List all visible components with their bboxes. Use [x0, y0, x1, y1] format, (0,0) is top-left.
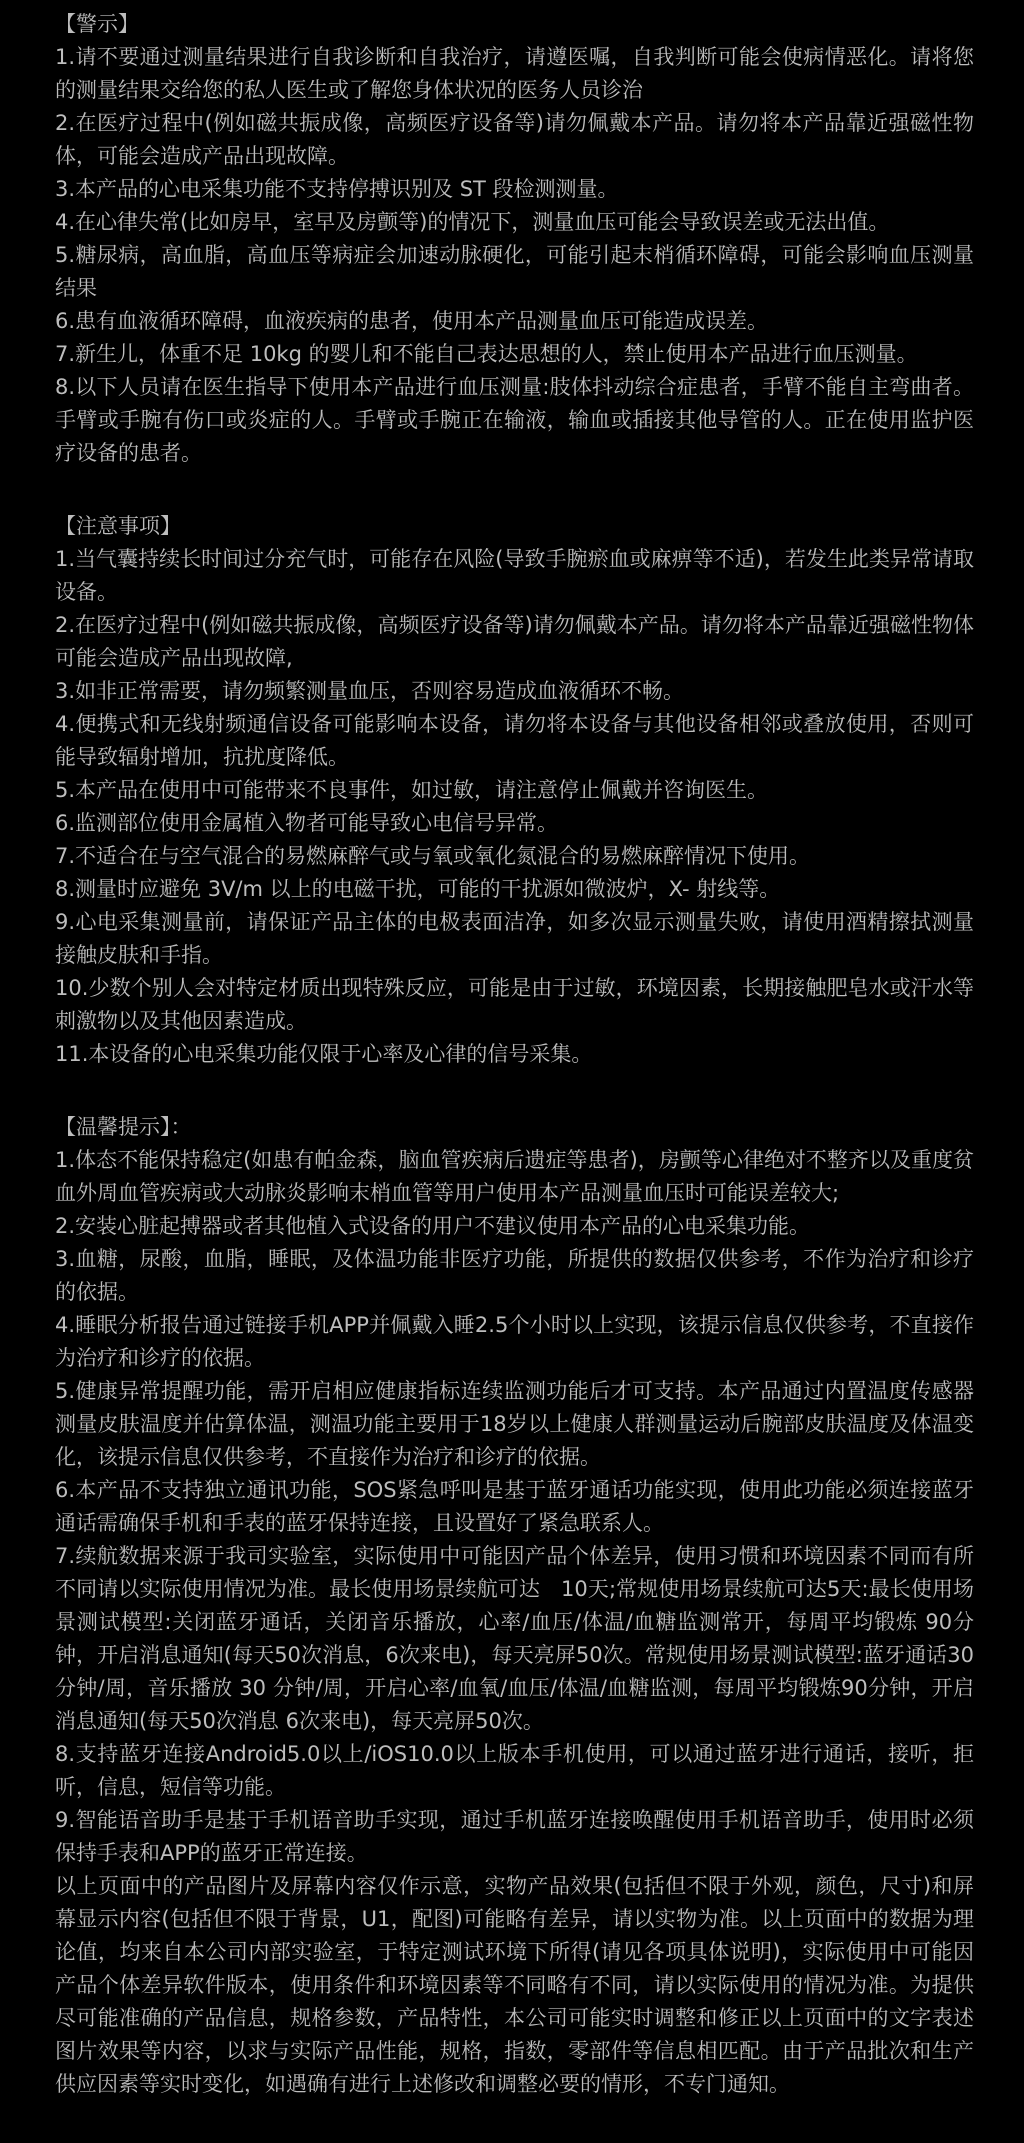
disclaimer-section: 【温馨提示】： 1.体态不能保持稳定(如患有帕金森，脑血管疾病后遗症等患者)，房…: [55, 1111, 974, 2101]
section-item-text: 3.如非正常需要，请勿频繁测量血压，否则容易造成血液循环不畅。: [55, 675, 974, 708]
product-disclaimer-page: 【警示】 1.请不要通过测量结果进行自我诊断和自我治疗，请遵医嘱，自我判断可能会…: [0, 0, 1024, 2143]
section-item-text: 3.血糖，尿酸，血脂，睡眠，及体温功能非医疗功能，所提供的数据仅供参考，不作为治…: [55, 1243, 974, 1309]
disclaimer-section: 【警示】 1.请不要通过测量结果进行自我诊断和自我治疗，请遵医嘱，自我判断可能会…: [55, 8, 974, 470]
section-item-text: 6.监测部位使用金属植入物者可能导致心电信号异常。: [55, 807, 974, 840]
section-item-text: 5.健康异常提醒功能，需开启相应健康指标连续监测功能后才可支持。本产品通过内置温…: [55, 1375, 974, 1474]
section-item-text: 2.在医疗过程中(例如磁共振成像，高频医疗设备等)请勿佩戴本产品。请勿将本产品靠…: [55, 107, 974, 173]
section-item-text: 5.糖尿病，高血脂，高血压等病症会加速动脉硬化，可能引起末梢循环障碍，可能会影响…: [55, 239, 974, 305]
section-item-text: 7.不适合在与空气混合的易燃麻醉气或与氧或氧化氮混合的易燃麻醉情况下使用。: [55, 840, 974, 873]
section-item-text: 10.少数个别人会对特定材质出现特殊反应，可能是由于过敏，环境因素，长期接触肥皂…: [55, 972, 974, 1038]
section-item-text: 4.睡眠分析报告通过链接手机APP并佩戴入睡2.5个小时以上实现，该提示信息仅供…: [55, 1309, 974, 1375]
disclaimer-sections: 【警示】 1.请不要通过测量结果进行自我诊断和自我治疗，请遵医嘱，自我判断可能会…: [55, 8, 974, 2101]
section-heading: 【温馨提示】：: [55, 1111, 974, 1144]
section-item-text: 2.在医疗过程中(例如磁共振成像，高频医疗设备等)请勿佩戴本产品。请勿将本产品靠…: [55, 609, 974, 675]
section-item-text: 6.患有血液循环障碍，血液疾病的患者，使用本产品测量血压可能造成误差。: [55, 305, 974, 338]
section-item-text: 以上页面中的产品图片及屏幕内容仅作示意，实物产品效果(包括但不限于外观，颜色，尺…: [55, 1870, 974, 2101]
section-item-text: 6.本产品不支持独立通讯功能，SOS紧急呼叫是基于蓝牙通话功能实现，使用此功能必…: [55, 1474, 974, 1540]
section-item-text: 7.新生儿，体重不足 10kg 的婴儿和不能自己表达思想的人，禁止使用本产品进行…: [55, 338, 974, 371]
section-item-text: 5.本产品在使用中可能带来不良事件，如过敏，请注意停止佩戴并咨询医生。: [55, 774, 974, 807]
section-item-text: 8.测量时应避免 3V/m 以上的电磁干扰，可能的干扰源如微波炉，X- 射线等。: [55, 873, 974, 906]
section-item-text: 1.体态不能保持稳定(如患有帕金森，脑血管疾病后遗症等患者)，房颤等心律绝对不整…: [55, 1144, 974, 1210]
section-item-text: 3.本产品的心电采集功能不支持停搏识别及 ST 段检测测量。: [55, 173, 974, 206]
section-heading: 【警示】: [55, 8, 974, 41]
section-item-text: 2.安装心脏起搏器或者其他植入式设备的用户不建议使用本产品的心电采集功能。: [55, 1210, 974, 1243]
section-item-text: 1.请不要通过测量结果进行自我诊断和自我治疗，请遵医嘱，自我判断可能会使病情恶化…: [55, 41, 974, 107]
section-item-text: 11.本设备的心电采集功能仅限于心率及心律的信号采集。: [55, 1038, 974, 1071]
section-item-text: 9.智能语音助手是基于手机语音助手实现，通过手机蓝牙连接唤醒使用手机语音助手，使…: [55, 1804, 974, 1870]
section-item-text: 4.便携式和无线射频通信设备可能影响本设备，请勿将本设备与其他设备相邻或叠放使用…: [55, 708, 974, 774]
section-item-text: 1.当气囊持续长时间过分充气时，可能存在风险(导致手腕瘀血或麻痹等不适)，若发生…: [55, 543, 974, 609]
section-heading: 【注意事项】: [55, 510, 974, 543]
section-item-text: 7.续航数据来源于我司实验室，实际使用中可能因产品个体差异，使用习惯和环境因素不…: [55, 1540, 974, 1738]
section-item-text: 4.在心律失常(比如房早，室早及房颤等)的情况下，测量血压可能会导致误差或无法出…: [55, 206, 974, 239]
disclaimer-section: 【注意事项】 1.当气囊持续长时间过分充气时，可能存在风险(导致手腕瘀血或麻痹等…: [55, 510, 974, 1071]
section-item-text: 8.支持蓝牙连接Android5.0以上/iOS10.0以上版本手机使用，可以通…: [55, 1738, 974, 1804]
section-item-text: 8.以下人员请在医生指导下使用本产品进行血压测量:肢体抖动综合症患者，手臂不能自…: [55, 371, 974, 470]
section-item-text: 9.心电采集测量前，请保证产品主体的电极表面洁净，如多次显示测量失败，请使用酒精…: [55, 906, 974, 972]
